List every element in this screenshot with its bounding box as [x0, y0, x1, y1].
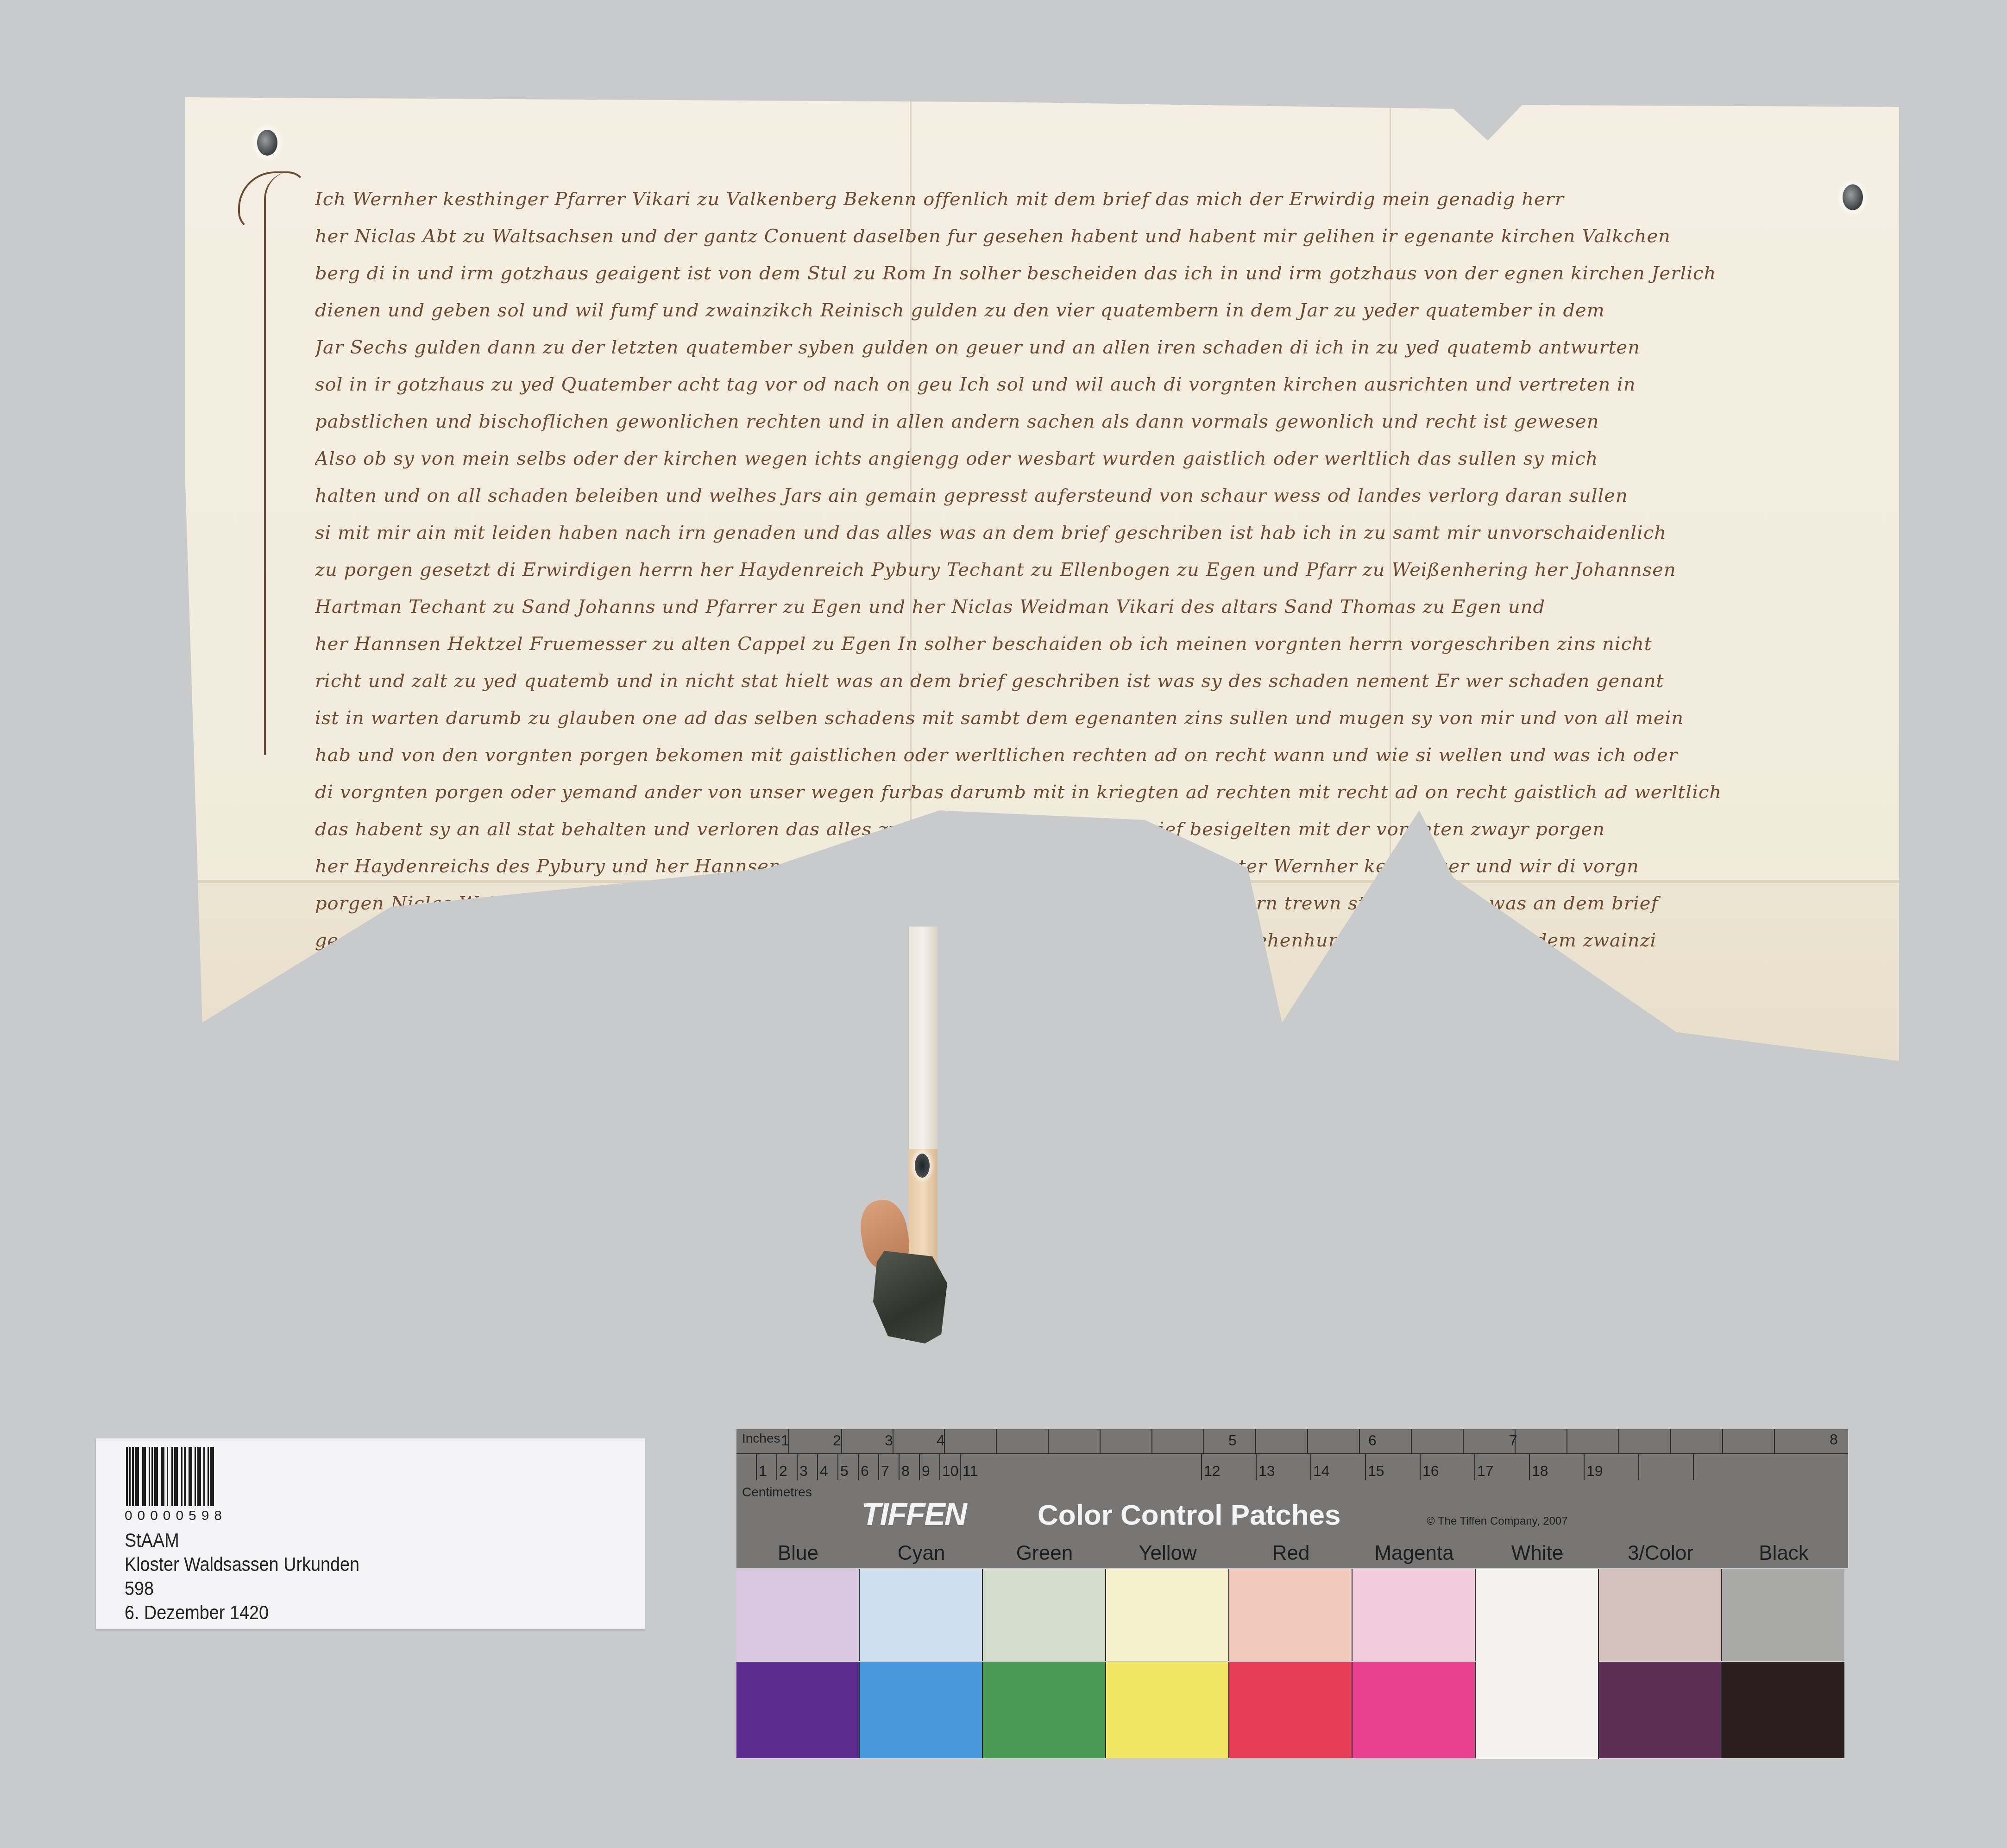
- patch-label-magenta: Magenta: [1353, 1542, 1476, 1565]
- centimetres-label: Centimetres: [742, 1485, 812, 1500]
- patch-black-dark: [1722, 1662, 1844, 1758]
- patch-green-light: [983, 1569, 1106, 1661]
- script-line: sol in ir gotzhaus zu yed Quatember acht…: [315, 366, 1881, 403]
- patch-label-yellow: Yellow: [1106, 1542, 1229, 1565]
- patch-magenta-light: [1353, 1569, 1476, 1661]
- charter-text: Ich Wernher kesthinger Pfarrer Vikari zu…: [315, 181, 1881, 996]
- ruler-divider: [736, 1453, 1848, 1454]
- script-line: Also ob sy von mein selbs oder der kirch…: [315, 440, 1881, 477]
- copyright-notice: © The Tiffen Company, 2007: [1427, 1515, 1568, 1528]
- script-line: di vorgnten porgen oder yemand ander von…: [315, 774, 1881, 811]
- water-stain: [787, 903, 1019, 1042]
- script-line: gisten Jar an Sand Niclas tag des heilig…: [315, 959, 1881, 996]
- parchment-charter: Ich Wernher kesthinger Pfarrer Vikari zu…: [185, 97, 1899, 1061]
- archive-name: StAAM: [125, 1529, 179, 1552]
- patch-label-3color: 3/Color: [1599, 1542, 1722, 1565]
- ruler-header: Inches 1 2 3 4 5 6 7 8: [736, 1429, 1848, 1568]
- patch-red-light: [1229, 1569, 1353, 1661]
- document-date: 6. Dezember 1420: [125, 1602, 269, 1624]
- chart-title: Color Control Patches: [1038, 1499, 1341, 1532]
- tiffen-logo: TIFFEN: [862, 1496, 966, 1533]
- patch-magenta-dark: [1353, 1662, 1476, 1758]
- decorated-initial-i: [264, 171, 321, 755]
- seal-parchment-tag: [909, 927, 937, 1186]
- mounting-pin: [915, 1154, 930, 1178]
- script-line: Hartman Techant zu Sand Johanns und Pfar…: [315, 588, 1881, 625]
- patch-white: [1476, 1569, 1599, 1759]
- script-line: hab und von den vorgnten porgen bekomen …: [315, 737, 1881, 774]
- script-line: her Niclas Abt zu Waltsachsen und der ga…: [315, 218, 1881, 255]
- patch-red-dark: [1229, 1662, 1353, 1758]
- patch-label-black: Black: [1722, 1542, 1845, 1565]
- script-line: si mit mir ain mit leiden haben nach irn…: [315, 514, 1881, 551]
- script-line: dienen und geben sol und wil fumf und zw…: [315, 292, 1881, 329]
- patch-black-light: [1722, 1569, 1844, 1661]
- mounting-pin: [257, 130, 277, 156]
- script-line: her Haydenreichs des Pybury und her Hann…: [315, 848, 1881, 885]
- script-line: zu porgen gesetzt di Erwirdigen herrn he…: [315, 551, 1881, 588]
- patch-green-dark: [983, 1662, 1106, 1758]
- script-line: Ich Wernher kesthinger Pfarrer Vikari zu…: [315, 181, 1881, 218]
- barcode-digits: 0 0 0 0 0 5 9 8: [125, 1508, 222, 1524]
- barcode: [126, 1447, 214, 1506]
- patch-label-white: White: [1476, 1542, 1599, 1565]
- water-stain: [482, 922, 806, 1061]
- patch-3color-light: [1599, 1569, 1722, 1661]
- script-line: berg di in und irm gotzhaus geaigent ist…: [315, 255, 1881, 292]
- inches-label: Inches: [742, 1431, 780, 1446]
- collection-name: Kloster Waldsassen Urkunden: [125, 1553, 359, 1576]
- document-number: 598: [125, 1577, 154, 1600]
- archive-label-card: 0 0 0 0 0 5 9 8 StAAM Kloster Waldsassen…: [96, 1438, 645, 1629]
- tiffen-color-control-chart: Inches 1 2 3 4 5 6 7 8: [736, 1429, 1853, 1767]
- script-line: das habent sy an all stat behalten und v…: [315, 811, 1881, 848]
- patch-blue-light: [736, 1569, 860, 1661]
- patch-cyan-light: [860, 1569, 983, 1661]
- script-line: ist in warten darumb zu glauben one ad d…: [315, 700, 1881, 737]
- script-line: porgen Niclas Weidman und Hanns Hektzel …: [315, 885, 1881, 922]
- patch-label-cyan: Cyan: [860, 1542, 983, 1565]
- script-line: Jar Sechs gulden dann zu der letzten qua…: [315, 329, 1881, 366]
- patch-label-green: Green: [983, 1542, 1106, 1565]
- script-line: halten und on all schaden beleiben und w…: [315, 477, 1881, 514]
- script-line: her Hannsen Hektzel Fruemesser zu alten …: [315, 625, 1881, 662]
- patch-blue-dark: [736, 1662, 860, 1758]
- patch-yellow-dark: [1106, 1662, 1229, 1758]
- script-line: geschriben ist wann wir nicht aigner Ins…: [315, 922, 1881, 959]
- patch-label-red: Red: [1229, 1542, 1353, 1565]
- script-line: richt und zalt zu yed quatemb und in nic…: [315, 662, 1881, 700]
- patch-label-blue: Blue: [736, 1542, 860, 1565]
- mounting-pin: [1843, 184, 1863, 210]
- patch-3color-dark: [1599, 1662, 1722, 1758]
- patch-yellow-light: [1106, 1569, 1229, 1661]
- patch-cyan-dark: [860, 1662, 983, 1758]
- script-line: pabstlichen und bischoflichen gewonliche…: [315, 403, 1881, 440]
- wax-seal: [873, 1251, 947, 1343]
